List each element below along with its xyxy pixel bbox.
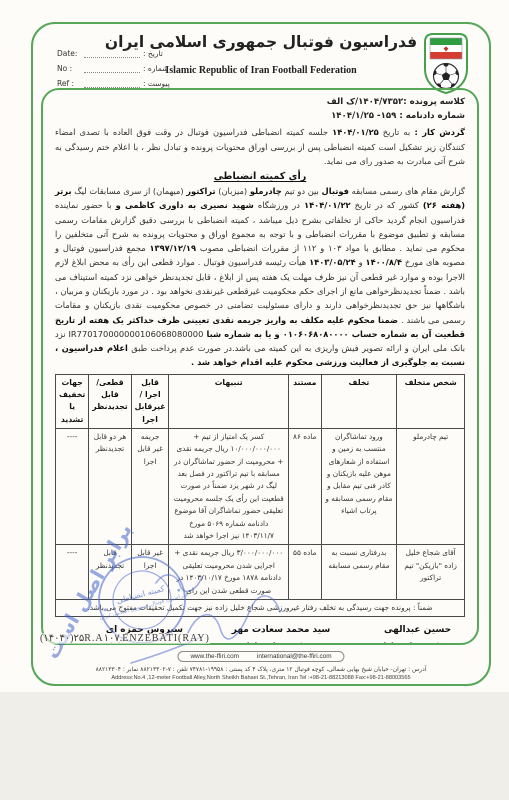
header-basis: مستند <box>288 374 321 428</box>
signer-name: سید محمد سعادت مهر <box>232 625 331 635</box>
penalties-cell: کسر یک امتیاز از تیم + ۱۰/۰۰۰/۰۰۰/۰۰۰ ری… <box>169 428 288 545</box>
ruling-paragraph: گزارش مقام های رسمی مسابقه فوتبال بین دو… <box>55 184 465 369</box>
enforceability-cell: جریمه غیر قابل اجرا <box>131 428 169 545</box>
finality-cell: هر دو قابل تجدیدنظر <box>89 428 131 545</box>
header-finality: قطعی/قابل تجدیدنظر <box>89 374 131 428</box>
signer-name: حسین عبدالهی <box>374 625 461 635</box>
verification-code: (۱۴۰۴۰)۲۵R.A۱۰۷.ENZEBATI(RAY) <box>40 633 210 644</box>
mitigation-cell: ---- <box>56 545 89 600</box>
table-footnote-row: ضمناً : پرونده جهت رسیدگی به تخلف رفتار … <box>56 599 465 616</box>
outer-green-frame: Date: تاریخ : No : شماره : Ref : پیوست :… <box>31 22 491 686</box>
basis-cell: ماده ۸۶ <box>288 428 321 545</box>
finality-cell: قابل تجدیدنظر <box>89 545 131 600</box>
case-class-line: کلاسه پرونده :۱۴۰۴/۷۳۵۲/ک الف <box>55 95 465 109</box>
table-footnote: ضمناً : پرونده جهت رسیدگی به تخلف رفتار … <box>56 599 465 616</box>
header-violation: تخلف <box>321 374 397 428</box>
signer-role: عضو کمیته انضباطی <box>374 642 461 645</box>
ref-label-fa: پیوست : <box>143 79 173 88</box>
iran-football-federation-logo-icon <box>421 31 471 95</box>
header-mitigation: جهات تخفیف یا تشدید <box>56 374 89 428</box>
header-offender: شخص متخلف <box>397 374 465 428</box>
ruling-title: رأی کمیته انضباطی <box>55 171 465 182</box>
offender-cell: آقای شجاع خلیل زاده "بازیکن" تیم تراکتور <box>397 545 465 600</box>
penalties-cell: ۳/۰۰۰/۰۰۰/۰۰۰ ریال جریمه نقدی + اجرایی ش… <box>169 545 288 600</box>
table-row: آقای شجاع خلیل زاده "بازیکن" تیم تراکتور… <box>56 545 465 600</box>
mitigation-cell: ---- <box>56 428 89 545</box>
workflow-paragraph: گردش کار : به تاریخ ۱۴۰۴/۰۱/۲۵ جلسه کمیت… <box>55 125 465 168</box>
verdict-number-line: شماره دادنامه : ۱۵۹- ۱۴۰۴/۱/۲۵ <box>55 109 465 123</box>
enforceability-cell: غیر قابل اجرا <box>131 545 169 600</box>
email-text: international@the-ffiri.com <box>257 653 332 660</box>
signature-member-2: سید محمد سعادت مهر عضو کمیته انضباطی <box>232 625 331 645</box>
address-fa: آدرس : تهران- خیابان شیخ بهایی شمالی، کو… <box>33 667 489 673</box>
header-penalties: تنبیهات <box>169 374 288 428</box>
violation-cell: بدرفتاری نسبت به مقام رسمی مسابقه <box>321 545 397 600</box>
violation-cell: ورود تماشاگران منتسب به زمین و استفاده ا… <box>321 428 397 545</box>
scanned-document-page: Date: تاریخ : No : شماره : Ref : پیوست :… <box>0 0 509 800</box>
ref-field-row: Ref : پیوست : <box>57 76 173 88</box>
ref-label-en: Ref : <box>57 79 81 88</box>
offender-cell: تیم چادرملو <box>397 428 465 545</box>
inner-green-frame: کلاسه پرونده :۱۴۰۴/۷۳۵۲/ک الف شماره دادن… <box>41 88 479 645</box>
footer-links-oval: www.the-ffiri.com international@the-ffir… <box>177 651 344 662</box>
table-row: تیم چادرملو ورود تماشاگران منتسب به زمین… <box>56 428 465 545</box>
table-header-row: شخص متخلف تخلف مستند تنبیهات قابل اجرا /… <box>56 374 465 428</box>
website-text: www.the-ffiri.com <box>190 653 239 660</box>
signature-member-1: حسین عبدالهی عضو کمیته انضباطی <box>374 625 461 645</box>
header-enforceability: قابل اجرا /غیرقابل اجرا <box>131 374 169 428</box>
dotted-line <box>84 79 140 88</box>
basis-cell: ماده ۵۵ <box>288 545 321 600</box>
signer-role: عضو کمیته انضباطی <box>232 642 331 645</box>
address-en: Address:No.4 ,12-meter Football Alley,No… <box>33 675 489 681</box>
disciplinary-table: شخص متخلف تخلف مستند تنبیهات قابل اجرا /… <box>55 374 465 618</box>
scan-background-band <box>0 692 509 800</box>
